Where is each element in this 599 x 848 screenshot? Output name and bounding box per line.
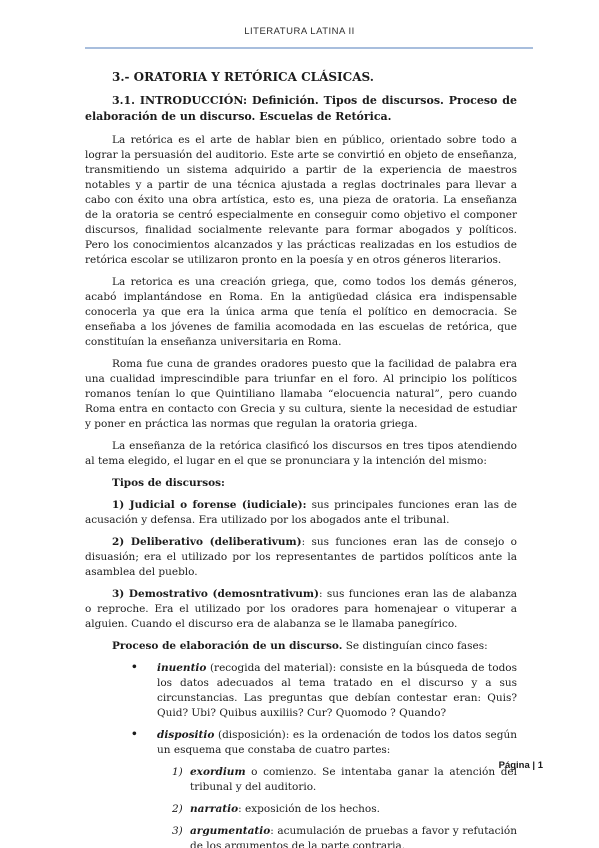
proceso-elaboracion-heading: Proceso de elaboración de un discurso. S… [85, 639, 517, 654]
paragraph-creacion-griega: La retorica es una creación griega, que,… [85, 275, 517, 350]
page-number: Página | 1 [499, 760, 543, 771]
document-body: 3.- ORATORIA Y RETÓRICA CLÁSICAS. 3.1. I… [85, 69, 517, 848]
sublist-number: 2) [172, 802, 183, 817]
section-heading: 3.- ORATORIA Y RETÓRICA CLÁSICAS. [85, 69, 517, 85]
part-narratio-body: : exposición de los hechos. [238, 803, 380, 815]
subsection-heading: 3.1. INTRODUCCIÓN: Definición. Tipos de … [85, 93, 517, 124]
paragraph-roma-oradores: Roma fue cuna de grandes oradores puesto… [85, 357, 517, 432]
proceso-elaboracion-body: Se distinguían cinco fases: [342, 640, 487, 652]
sublist-item-argumentatio: 3) argumentatio: acumulación de pruebas … [85, 824, 517, 848]
discourse-type-demostrativo: 3) Demostrativo (demosntrativum): sus fu… [85, 587, 517, 632]
bullet-icon: • [131, 660, 138, 675]
discourse-type-deliberativo-lead: 2) Deliberativo (deliberativum) [112, 536, 302, 548]
page-footer: Página | 1 [499, 760, 543, 771]
sublist-number: 1) [172, 765, 183, 780]
sublist-number: 3) [172, 824, 183, 839]
paragraph-clasificacion-discursos: La enseñanza de la retórica clasificó lo… [85, 439, 517, 469]
sublist-item-narratio: 2) narratio: exposición de los hechos. [85, 802, 517, 817]
list-item-inuentio: • inuentio (recogida del material): cons… [85, 661, 517, 721]
header-title: LITERATURA LATINA II [0, 0, 599, 37]
discourse-type-demostrativo-lead: 3) Demostrativo (demosntrativum) [112, 588, 319, 600]
tipos-discursos-heading: Tipos de discursos: [85, 476, 517, 491]
part-exordium-term: exordium [190, 766, 246, 778]
part-narratio-term: narratio [190, 803, 238, 815]
list-item-dispositio: • dispositio (disposición): es la ordena… [85, 728, 517, 758]
fase-inuentio-term: inuentio [157, 662, 206, 674]
paragraph-definicion-retorica: La retórica es el arte de hablar bien en… [85, 133, 517, 268]
fase-inuentio-body: (recogida del material): consiste en la … [157, 662, 517, 719]
proceso-elaboracion-lead: Proceso de elaboración de un discurso. [112, 640, 342, 652]
part-argumentatio-term: argumentatio [190, 825, 270, 837]
header-rule [85, 47, 533, 49]
sublist-item-exordium: 1) exordium o comienzo. Se intentaba gan… [85, 765, 517, 795]
document-page: LITERATURA LATINA II 3.- ORATORIA Y RETÓ… [0, 0, 599, 848]
discourse-type-judicial-lead: 1) Judicial o forense (iudiciale): [112, 499, 307, 511]
bullet-icon: • [131, 727, 138, 742]
page-header: LITERATURA LATINA II [0, 0, 599, 49]
discourse-type-deliberativo: 2) Deliberativo (deliberativum): sus fun… [85, 535, 517, 580]
fase-dispositio-term: dispositio [157, 729, 214, 741]
discourse-type-judicial: 1) Judicial o forense (iudiciale): sus p… [85, 498, 517, 528]
